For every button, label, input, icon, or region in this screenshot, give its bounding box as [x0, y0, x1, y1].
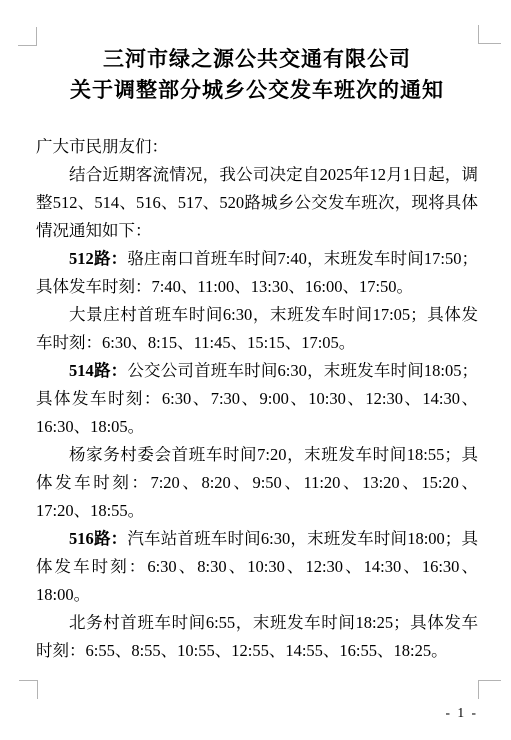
- page-number: - 1 -: [446, 705, 479, 721]
- crop-mark-top-left-icon: [18, 27, 37, 46]
- para-route-516-beiwu: 北务村首班车时间6:55，末班发车时间18:25；具体发车时刻：6:55、8:5…: [36, 609, 478, 665]
- para-route-512-luozhuang: 512路：骆庄南口首班车时间7:40，末班发车时间17:50；具体发车时刻：7:…: [36, 245, 478, 301]
- document-title: 三河市绿之源公共交通有限公司 关于调整部分城乡公交发车班次的通知: [36, 44, 478, 106]
- route-514-label: 514路：: [69, 361, 127, 380]
- para-route-516-qichezhan: 516路：汽车站首班车时间6:30，末班发车时间18:00；具体发车时刻：6:3…: [36, 525, 478, 609]
- para-route-514-gongjiao: 514路：公交公司首班车时间6:30，末班发车时间18:05；具体发车时刻：6:…: [36, 357, 478, 441]
- para-516-return-text: 北务村首班车时间6:55，末班发车时间18:25；具体发车时刻：6:55、8:5…: [36, 613, 478, 660]
- para-route-512-dajingzhuang: 大景庄村首班车时间6:30，末班发车时间17:05；具体发车时刻：6:30、8:…: [36, 301, 478, 357]
- crop-mark-bottom-right-icon: [478, 680, 501, 699]
- crop-mark-bottom-left-icon: [19, 680, 38, 699]
- para-route-514-yangjiawu: 杨家务村委会首班车时间7:20，末班发车时间18:55；具体发车时刻：7:20、…: [36, 441, 478, 525]
- route-512-label: 512路：: [69, 249, 127, 268]
- para-intro: 结合近期客流情况，我公司决定自2025年12月1日起，调整512、514、516…: [36, 161, 478, 245]
- para-514-return-text: 杨家务村委会首班车时间7:20，末班发车时间18:55；具体发车时刻：7:20、…: [36, 445, 478, 520]
- document-body: 广大市民朋友们： 结合近期客流情况，我公司决定自2025年12月1日起，调整51…: [36, 133, 478, 665]
- text-area: 三河市绿之源公共交通有限公司 关于调整部分城乡公交发车班次的通知 广大市民朋友们…: [36, 44, 478, 665]
- document-title-line1: 三河市绿之源公共交通有限公司: [36, 44, 478, 75]
- crop-mark-top-right-icon: [478, 25, 501, 44]
- document-page: 三河市绿之源公共交通有限公司 关于调整部分城乡公交发车班次的通知 广大市民朋友们…: [0, 0, 511, 740]
- route-516-label: 516路：: [69, 529, 127, 548]
- para-512-return-text: 大景庄村首班车时间6:30，末班发车时间17:05；具体发车时刻：6:30、8:…: [36, 305, 478, 352]
- salutation: 广大市民朋友们：: [36, 133, 478, 161]
- para-intro-text: 结合近期客流情况，我公司决定自2025年12月1日起，调整512、514、516…: [36, 165, 478, 240]
- document-title-line2: 关于调整部分城乡公交发车班次的通知: [36, 75, 478, 106]
